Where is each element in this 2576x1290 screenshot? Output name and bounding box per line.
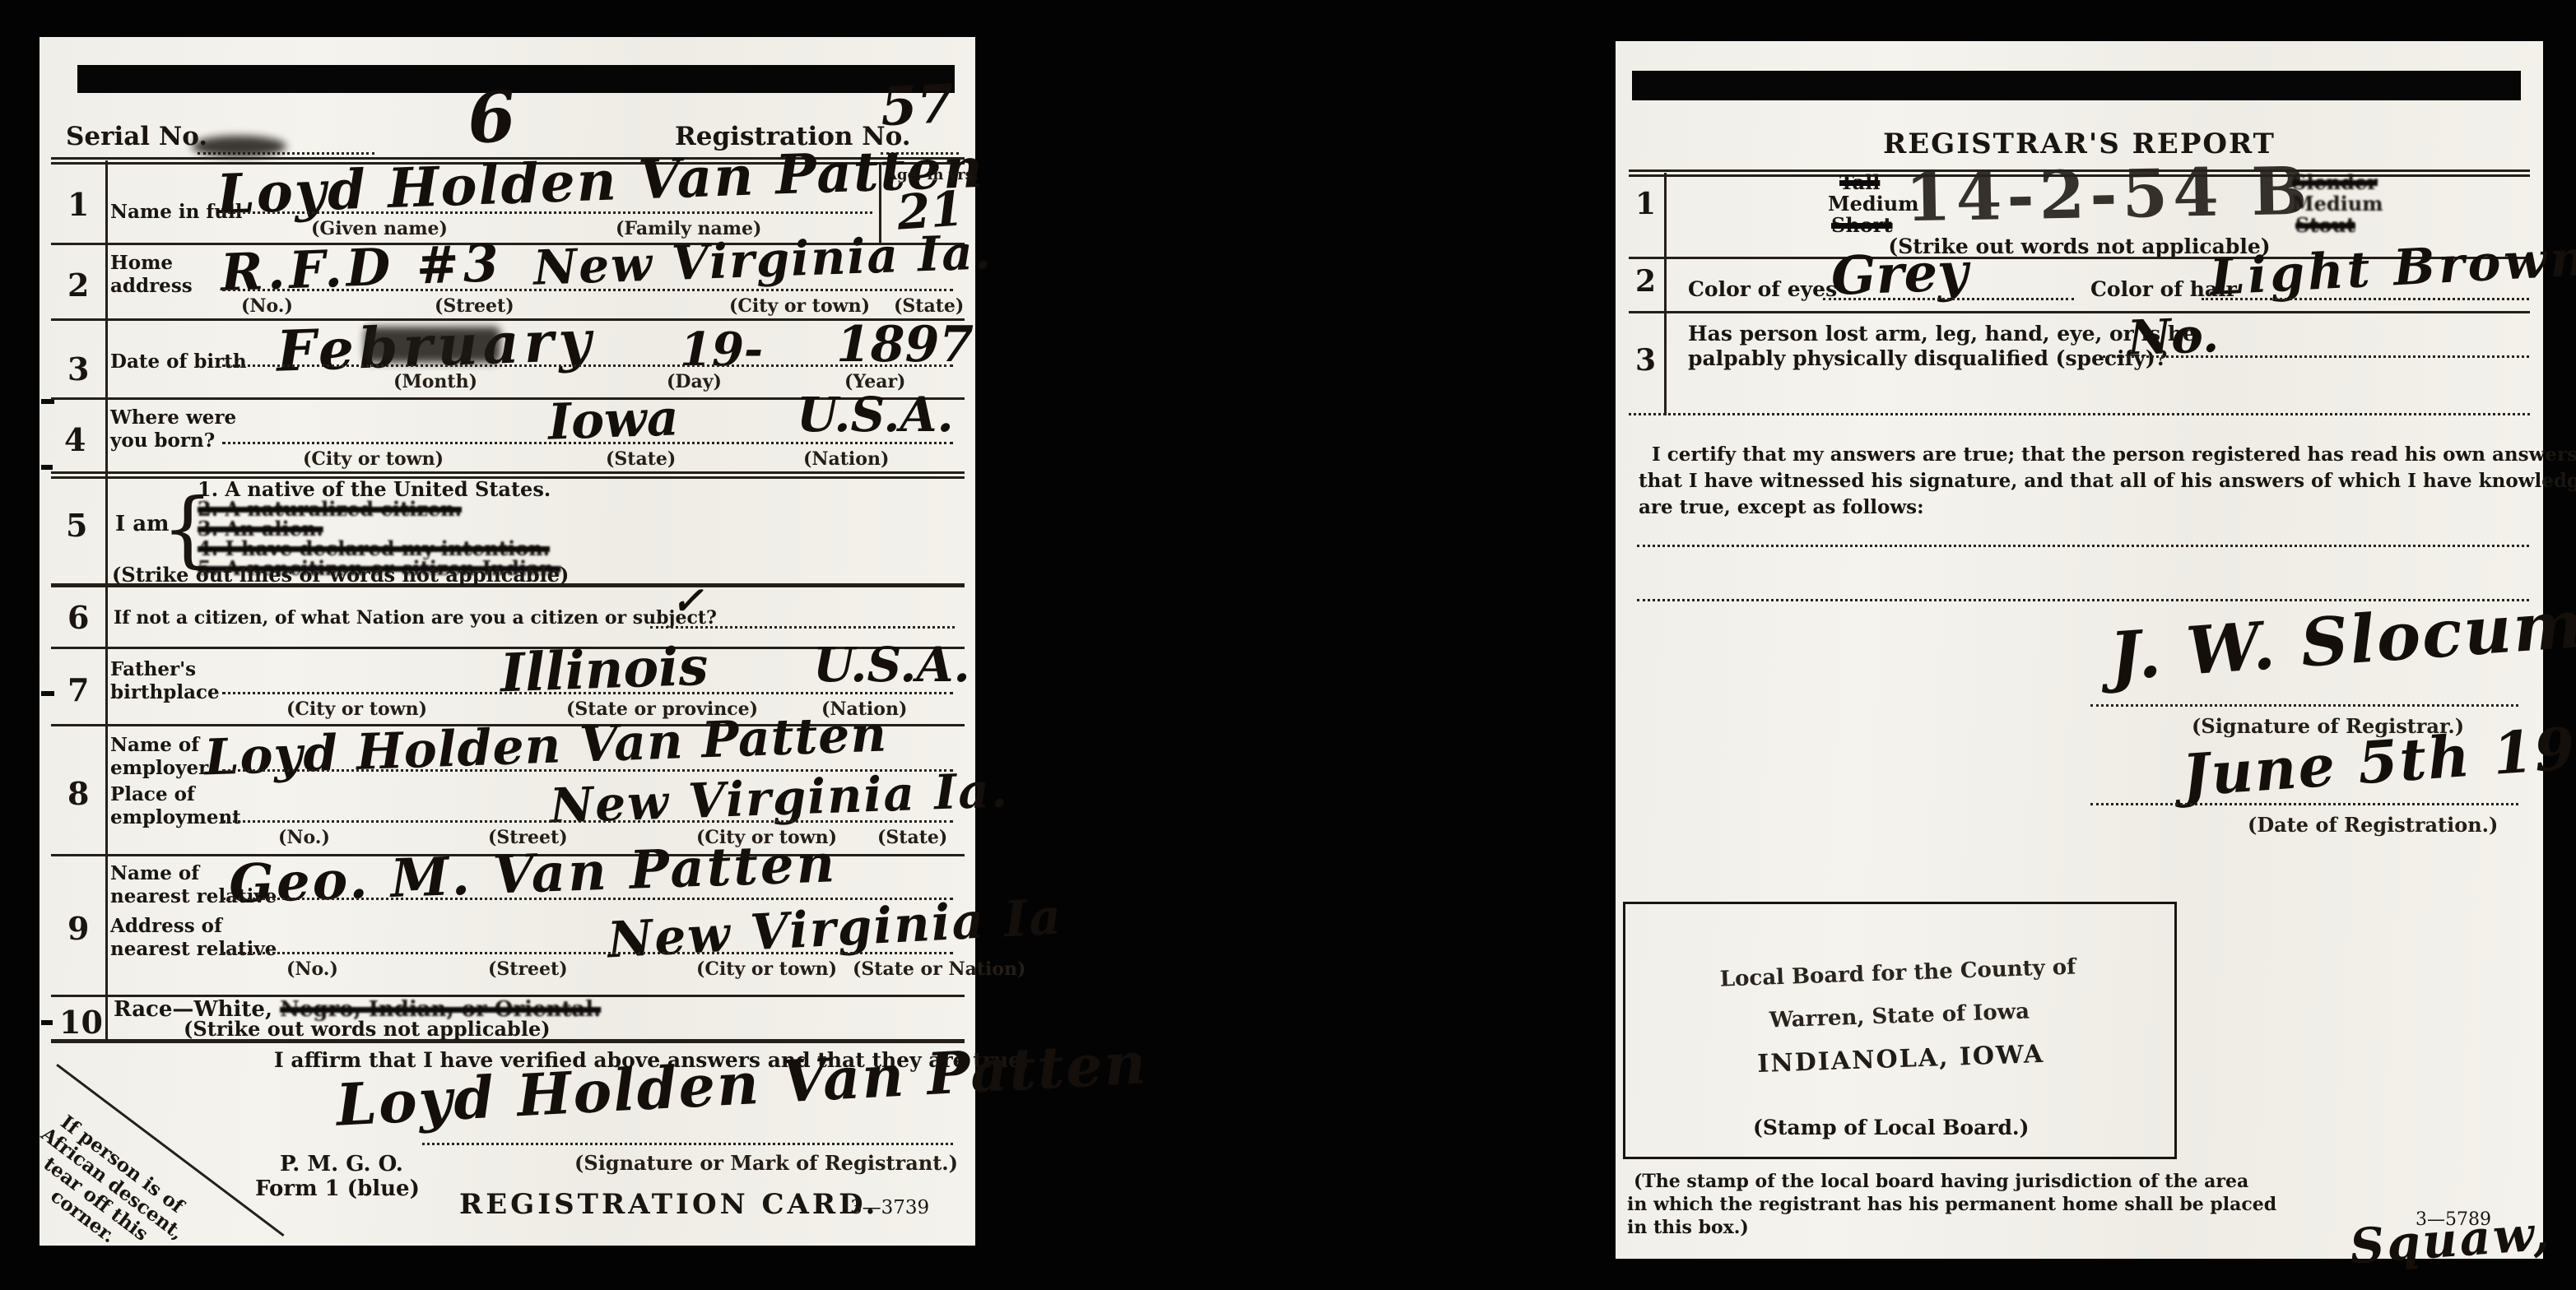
height-build-stamp: 14-2-54 B bbox=[1904, 158, 2313, 231]
father-birthplace-label: Father's bbox=[110, 659, 196, 680]
birth-month-smudge bbox=[365, 327, 500, 363]
row-number: 4 bbox=[64, 422, 86, 458]
registrant-signature-sublabel: (Signature or Mark of Registrant.) bbox=[574, 1151, 958, 1175]
registrar-signature-line bbox=[2090, 704, 2518, 707]
age-label: Age, in yrs. bbox=[886, 167, 979, 184]
section-divider bbox=[1629, 413, 2530, 415]
not-citizen-question: If not a citizen, of what Nation are you… bbox=[114, 608, 717, 629]
born-nation-sublabel: (Nation) bbox=[803, 448, 889, 470]
registration-card-front: Serial No. 6 Registration No. 57 1 2 3 4… bbox=[40, 37, 975, 1246]
handwritten-note: Squaw, bbox=[2348, 1209, 2553, 1271]
born-state-value: Iowa bbox=[547, 393, 680, 447]
number-column-line bbox=[105, 160, 108, 1042]
exception-line bbox=[1637, 545, 2529, 547]
paper-edge-mark bbox=[41, 1020, 53, 1025]
registration-date-line bbox=[2090, 803, 2518, 805]
height-option-tall: Tall bbox=[1839, 171, 1880, 194]
home-address-label: address bbox=[110, 276, 193, 297]
redaction-bar bbox=[1632, 71, 2521, 100]
date-of-birth-line bbox=[222, 364, 953, 367]
relative-state-sublabel: (State or Nation) bbox=[853, 958, 1025, 980]
row-number: 8 bbox=[67, 776, 89, 812]
stamp-line: Local Board for the County of bbox=[1623, 952, 2173, 995]
relative-address-label: Address of bbox=[110, 916, 222, 937]
color-of-eyes-label: Color of eyes bbox=[1688, 278, 1837, 302]
home-state-sublabel: (State) bbox=[894, 295, 964, 317]
row-number: 5 bbox=[66, 508, 87, 544]
row-number: 9 bbox=[67, 911, 89, 947]
father-birthplace-label: birthplace bbox=[110, 682, 220, 703]
stamp-line: Warren, State of Iowa bbox=[1625, 995, 2174, 1038]
certify-text-line: that I have witnessed his signature, and… bbox=[1639, 471, 2576, 492]
certify-text-line: I certify that my answers are true; that… bbox=[1652, 444, 2576, 466]
born-city-sublabel: (City or town) bbox=[303, 448, 444, 470]
front-form-number: 3—3739 bbox=[850, 1197, 929, 1218]
certify-text-line: are true, except as follows: bbox=[1639, 497, 1924, 518]
home-address-city-value: New Virginia Ia. bbox=[532, 228, 993, 291]
born-nation-value: U.S.A. bbox=[797, 391, 954, 439]
where-born-label: you born? bbox=[110, 430, 215, 452]
employment-place-line bbox=[222, 820, 953, 823]
row-number: 2 bbox=[67, 267, 89, 304]
row-number: 1 bbox=[67, 187, 89, 223]
birth-year-value: 1897 bbox=[836, 320, 974, 369]
employment-state-sublabel: (State) bbox=[877, 827, 947, 848]
local-board-stamp-box: Local Board for the County of Warren, St… bbox=[1623, 902, 2177, 1159]
registrar-signature: J. W. Slocum bbox=[2108, 591, 2576, 689]
row-number: 3 bbox=[1635, 344, 1656, 378]
serial-number-label: Serial No. bbox=[66, 123, 207, 152]
build-option-slender: Slender bbox=[2292, 171, 2378, 194]
home-city-sublabel: (City or town) bbox=[729, 295, 870, 317]
home-address-line bbox=[222, 289, 953, 291]
relative-street-sublabel: (Street) bbox=[488, 958, 568, 980]
paper-edge-mark bbox=[41, 691, 54, 696]
serial-number-value: 6 bbox=[465, 81, 518, 154]
serial-number-smudge bbox=[192, 136, 286, 157]
strike-out-note: (Strike out lines or words not applicabl… bbox=[112, 564, 569, 587]
pmgo-label: P. M. G. O. bbox=[280, 1153, 403, 1177]
where-born-line bbox=[222, 442, 953, 444]
father-birthplace-line bbox=[222, 692, 953, 694]
employer-name-label: employer bbox=[110, 758, 208, 779]
check-mark: ✓ bbox=[672, 582, 704, 619]
build-option-stout: Stout bbox=[2295, 214, 2355, 237]
stamp-caption-line: in this box.) bbox=[1627, 1218, 1749, 1238]
race-strike-note: (Strike out words not applicable) bbox=[184, 1018, 551, 1041]
home-no-sublabel: (No.) bbox=[241, 295, 293, 317]
employment-no-sublabel: (No.) bbox=[278, 827, 330, 848]
form-one-blue-label: Form 1 (blue) bbox=[255, 1177, 420, 1202]
color-of-eyes-value: Grey bbox=[1830, 246, 1969, 304]
row-number: 10 bbox=[59, 1005, 103, 1041]
relative-city-sublabel: (City or town) bbox=[696, 958, 837, 980]
relative-name-value: Geo. M. Van Patten bbox=[228, 838, 838, 912]
tear-corner-note: If person is of African descent, tear of… bbox=[10, 1107, 193, 1275]
relative-no-sublabel: (No.) bbox=[286, 958, 338, 980]
row-number: 2 bbox=[1635, 265, 1656, 299]
relative-address-line bbox=[222, 952, 953, 954]
name-line bbox=[222, 211, 872, 214]
home-address-label: Home bbox=[110, 253, 173, 274]
employment-place-label: employment bbox=[110, 807, 241, 828]
registration-number-value: 57 bbox=[879, 78, 955, 135]
not-citizen-line bbox=[650, 626, 955, 629]
registrant-signature-line bbox=[422, 1143, 953, 1145]
relative-address-value: New Virginia Ia bbox=[607, 893, 1064, 966]
registration-date-sublabel: (Date of Registration.) bbox=[2248, 813, 2498, 837]
registrars-report-back: REGISTRAR'S REPORT 1 2 3 Tall Medium Sho… bbox=[1616, 41, 2543, 1259]
stamp-caption-line: (The stamp of the local board having jur… bbox=[1634, 1172, 2248, 1192]
row-number: 7 bbox=[67, 672, 89, 708]
build-option-medium: Medium bbox=[2292, 193, 2383, 216]
disqualified-question: palpably physically disqualified (specif… bbox=[1688, 347, 2167, 371]
height-option-short: Short bbox=[1831, 214, 1893, 237]
eyes-line bbox=[1823, 298, 2074, 300]
stamp-caption-line: in which the registrant has his permanen… bbox=[1627, 1195, 2276, 1215]
employer-name-label: Name of bbox=[110, 735, 199, 756]
paper-edge-mark bbox=[41, 465, 53, 470]
stamp-box-sublabel: (Stamp of Local Board.) bbox=[1753, 1116, 2029, 1140]
father-city-sublabel: (City or town) bbox=[286, 698, 427, 720]
stamp-line: INDIANOLA, IOWA bbox=[1626, 1036, 2176, 1084]
disqualified-question: Has person lost arm, leg, hand, eye, or … bbox=[1688, 322, 2196, 346]
disqualified-line bbox=[2103, 355, 2529, 358]
relative-name-label: Name of bbox=[110, 863, 199, 884]
row-number: 1 bbox=[1635, 188, 1656, 221]
row-number: 3 bbox=[67, 351, 89, 387]
disqualified-value: No. bbox=[2127, 311, 2220, 362]
card-title: REGISTRATION CARD. bbox=[459, 1189, 878, 1221]
born-state-sublabel: (State) bbox=[606, 448, 676, 470]
date-of-birth-label: Date of birth bbox=[110, 351, 247, 373]
row-divider bbox=[51, 471, 965, 474]
redaction-bar bbox=[77, 65, 955, 93]
row-number: 6 bbox=[67, 600, 89, 636]
month-sublabel: (Month) bbox=[393, 371, 477, 392]
father-nation-value: U.S.A. bbox=[813, 641, 970, 689]
hair-line bbox=[2202, 298, 2529, 300]
scan-background: Serial No. 6 Registration No. 57 1 2 3 4… bbox=[0, 0, 2576, 1290]
where-born-label: Where were bbox=[110, 407, 236, 429]
number-column-line bbox=[1664, 173, 1667, 415]
relative-address-label: nearest relative bbox=[110, 939, 277, 960]
row-divider bbox=[1629, 311, 2530, 313]
employment-place-label: Place of bbox=[110, 784, 195, 805]
